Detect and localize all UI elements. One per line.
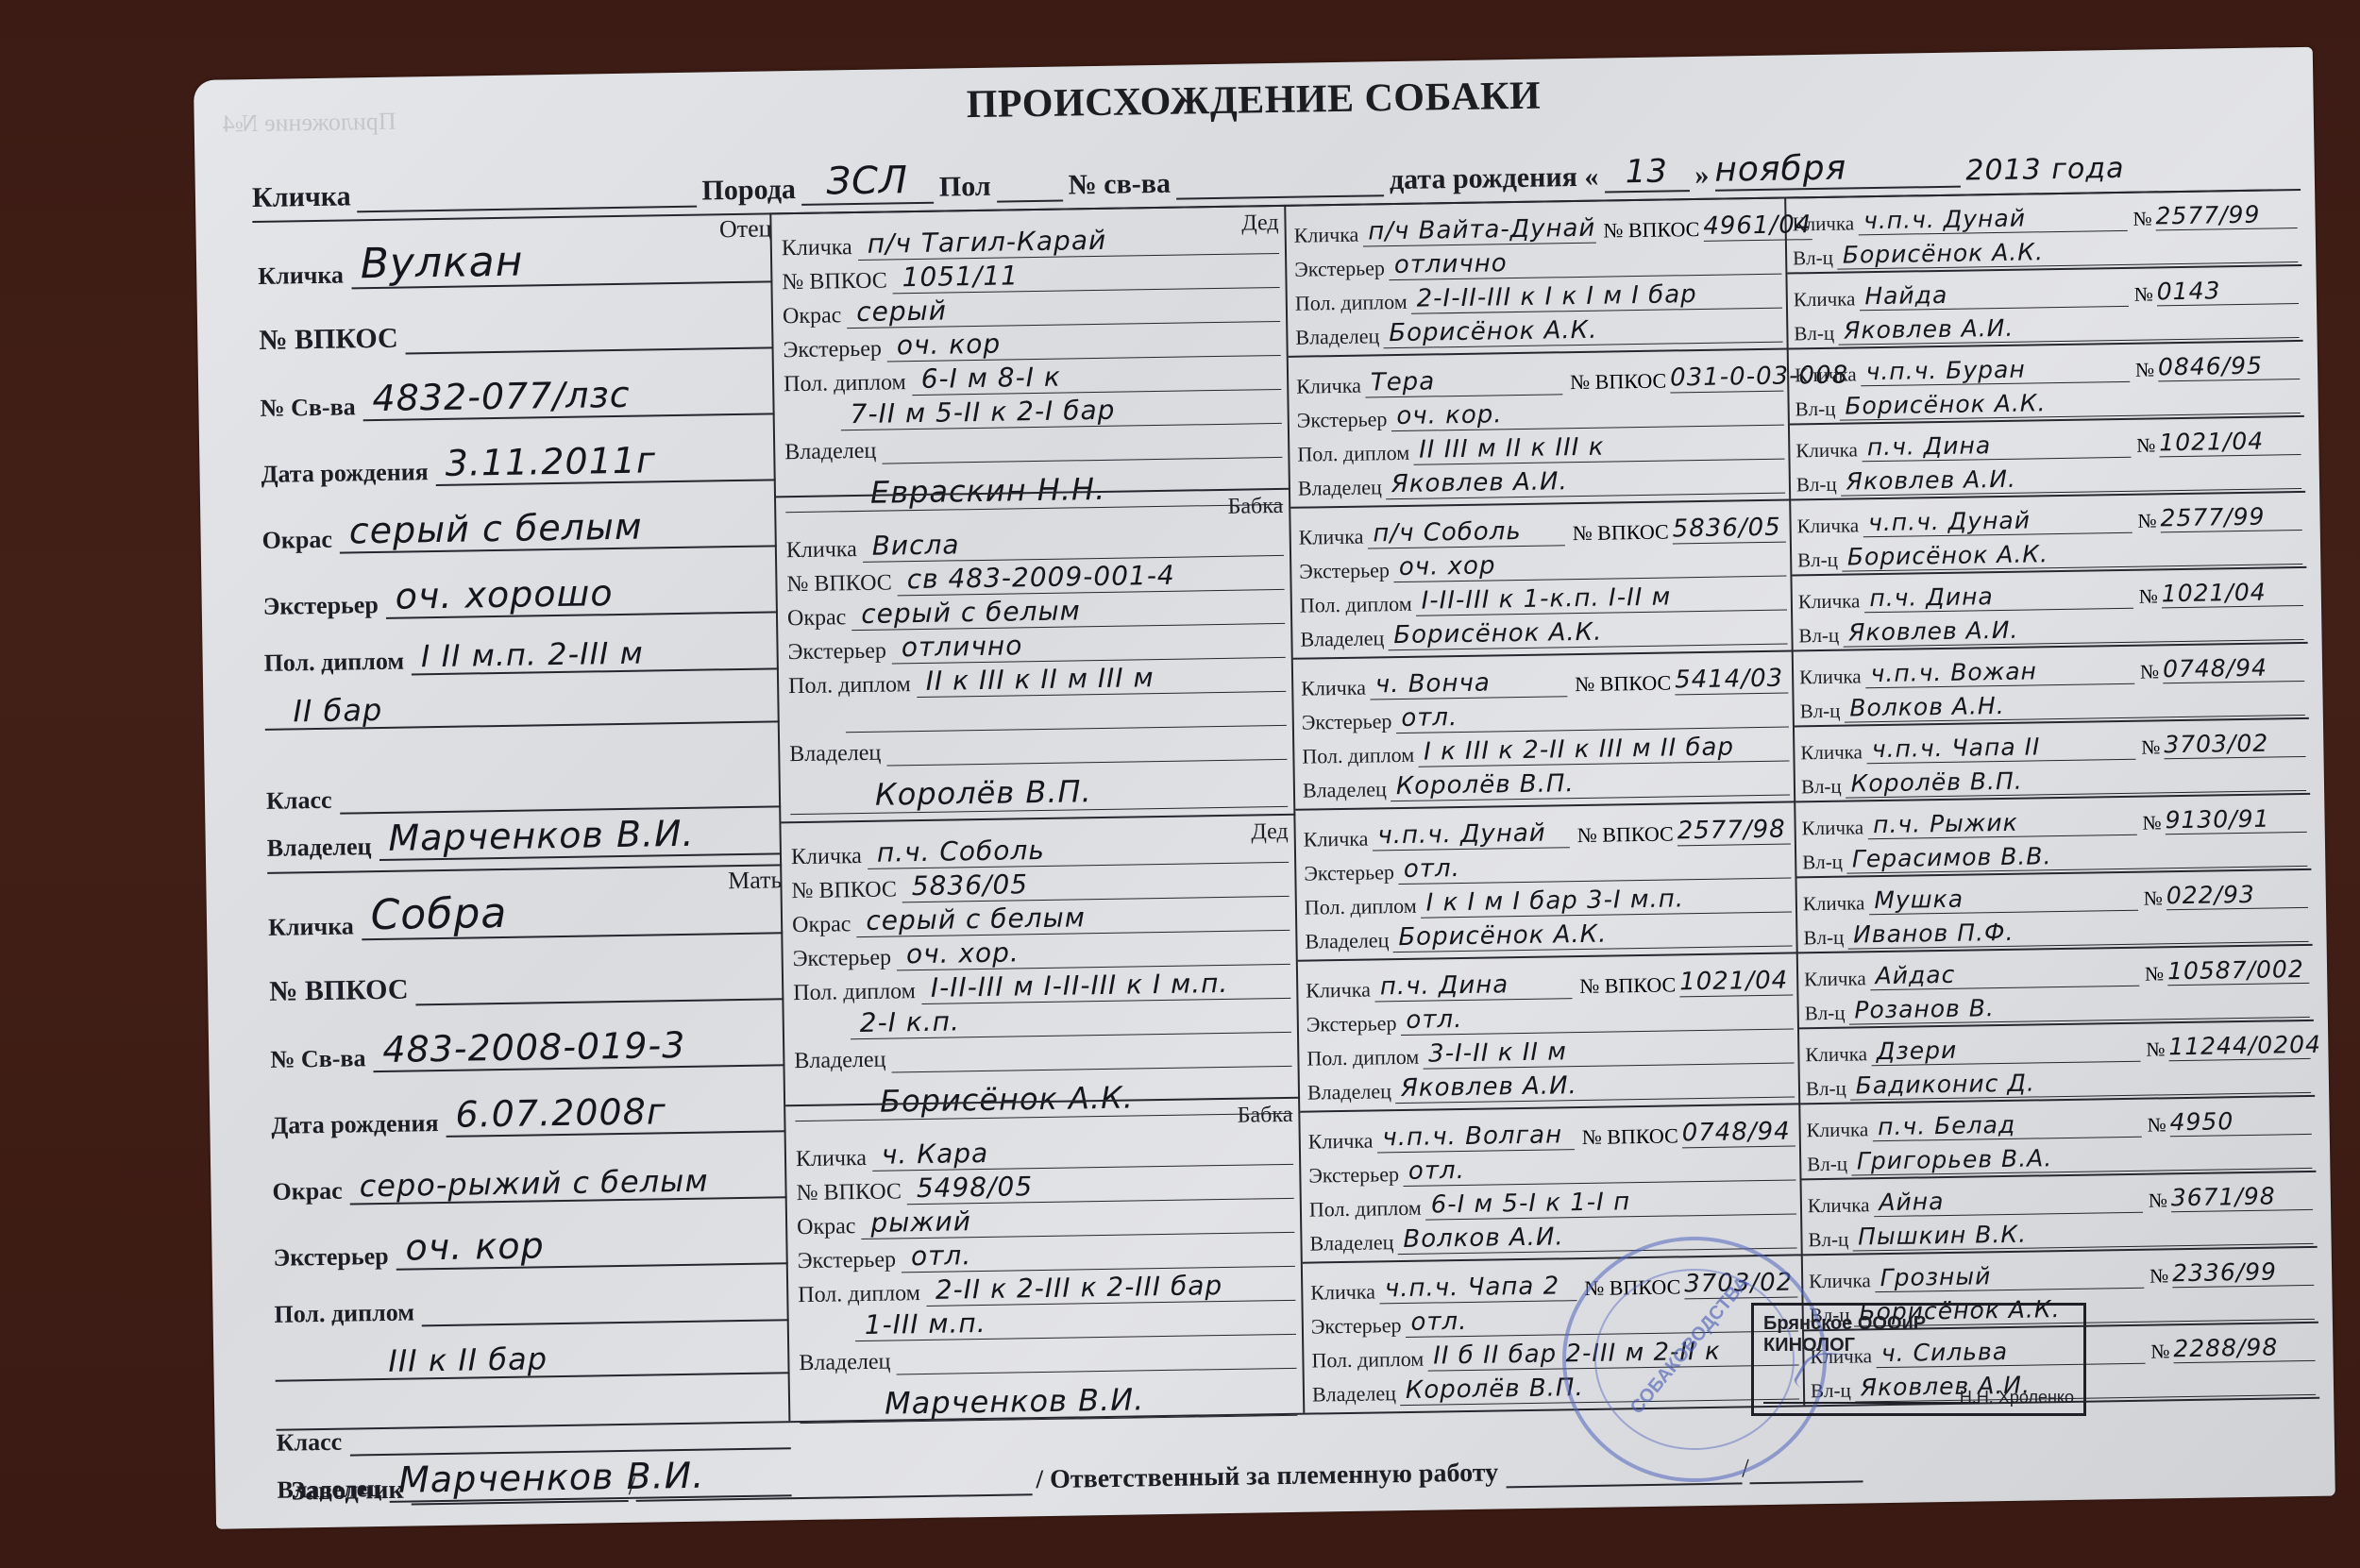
- great-grandparent-exterior: отл.: [1398, 850, 1792, 885]
- mother-name-row: КличкаСобра: [267, 866, 783, 942]
- grandparent-name: Висла: [862, 524, 1284, 563]
- great-grandparent-owner: Яковлев А.И.: [1386, 464, 1786, 500]
- great-great-grandparent-block: Кличкач.п.ч. Вожан№0748/94Вл-цВолков А.Н…: [1794, 642, 2309, 726]
- great-great-grandparent-name: ч.п.ч. Вожан: [1864, 656, 2134, 688]
- breed-field: ЗСЛ: [801, 159, 934, 206]
- mother-vpkos-row: № ВПКОС: [268, 934, 784, 1008]
- great-grandparent-diploma: 6-I м 5-I к 1-I п: [1424, 1185, 1796, 1220]
- grandparent-exterior: отл.: [902, 1235, 1295, 1273]
- great-grandparent-exterior: отлично: [1389, 245, 1782, 281]
- great-great-grandparent-owner: Борисёнок А.К.: [1837, 234, 2299, 270]
- great-great-grandparent-owner: Борисёнок А.К.: [1842, 536, 2303, 572]
- grandparent-name-row: Кличкап.ч. Соболь: [791, 825, 1290, 870]
- great-great-grandparent-block: КличкаНайда№0143Вл-цЯковлев А.И.: [1787, 264, 2302, 348]
- great-great-grandparent-number: 11244/0204: [2168, 1031, 2310, 1061]
- great-great-grandparent-owner: Яковлев А.И.: [1838, 310, 2300, 346]
- grandparent-vpkos: 1051/11: [892, 256, 1279, 294]
- great-great-grandparent-block: Кличкач.п.ч. Дунай№2577/99Вл-цБорисёнок …: [1786, 189, 2301, 273]
- father-vpkos-row: № ВПКОС: [259, 282, 774, 357]
- great-grandparent-block: Кличкач. Вонча№ ВПКОС5414/03Экстерьеротл…: [1293, 649, 1795, 808]
- great-great-grandparent-name: Грозный: [1874, 1260, 2144, 1292]
- great-great-grandparent-name: ч.п.ч. Дунай: [1858, 203, 2128, 235]
- grandparent-role: Бабка: [1227, 494, 1283, 520]
- mother-cert: 483-2008-019-3: [373, 1024, 784, 1072]
- grandparent-diploma: I-II-III м I-II-III к I м.п.: [921, 967, 1291, 1004]
- grandparent-name-row: Кличкач. Кара: [795, 1108, 1293, 1172]
- breeder-field-1: [411, 1466, 629, 1506]
- great-grandparent-block: Кличкап.ч. Дина№ ВПКОС1021/04Экстерьерот…: [1298, 952, 1800, 1110]
- great-grandparent-name: п/ч Соболь: [1367, 516, 1565, 548]
- father-class-row: Класс: [265, 722, 781, 816]
- grandparent-diploma: 6-I м 8-I к: [911, 358, 1281, 396]
- great-great-grandparent-owner: Волков А.Н.: [1844, 687, 2305, 723]
- birth-month-field: ноября: [1714, 147, 1961, 192]
- sex-field: [996, 166, 1063, 203]
- mother-exterior-row: Экстерьероч. кор: [273, 1198, 788, 1273]
- kinolog-stamp-box: Брянское ОООиР КИНОЛОГ Н.Н. Хроленко: [1751, 1303, 2086, 1416]
- great-grandparents-column: Кличкап/ч Вайта-Дунай№ ВПКОС4961/04Эксте…: [1286, 197, 1805, 1413]
- father-cert-row: № Св-ва4832-077/лзс: [260, 348, 775, 423]
- great-great-grandparent-block: Кличкап.ч. Дина№1021/04Вл-цЯковлев А.И.: [1790, 415, 2305, 499]
- great-grandparent-vpkos: 031-0-03-008: [1670, 362, 1783, 394]
- name-field: [356, 172, 697, 213]
- cert-field: [1176, 160, 1385, 199]
- grandparent-owner: Королёв В.П.: [790, 770, 1289, 815]
- great-great-grandparent-name: ч.п.ч. Дунай: [1863, 505, 2132, 537]
- grandparent-name: п.ч. Соболь: [868, 831, 1290, 869]
- father-color: серый с белым: [339, 506, 776, 554]
- great-great-grandparent-block: КличкаДзери№11244/0204Вл-цБадиконис Д.: [1799, 1020, 2315, 1104]
- birth-label: дата рождения «: [1390, 161, 1599, 196]
- great-great-grandparent-number: 1021/04: [2162, 578, 2303, 608]
- great-great-grandparent-number: 022/93: [2166, 880, 2308, 910]
- grandparent-name-row: КличкаВисла: [785, 499, 1284, 564]
- grandparent-role: Дед: [1251, 819, 1289, 846]
- grandparent-block: ДедКличкап/ч Тагил-Карай№ ВПКОС1051/11Ок…: [771, 205, 1290, 497]
- breeder-label: Заводчик: [291, 1475, 404, 1508]
- great-grandparent-name: п/ч Вайта-Дунай: [1362, 214, 1596, 247]
- mother-name: Собра: [361, 886, 783, 940]
- mother-diploma-row: Пол. диплом: [274, 1264, 789, 1329]
- breed-label: Порода: [701, 174, 796, 208]
- great-great-grandparent-owner: Яковлев А.И.: [1840, 461, 2301, 497]
- grandparent-color: рыжий: [861, 1201, 1294, 1239]
- great-grandparent-block: Кличкач.п.ч. Волган№ ВПКОС0748/94Экстерь…: [1300, 1103, 1802, 1261]
- great-great-grandparent-owner: Иванов П.Ф.: [1847, 914, 2309, 950]
- grandparent-color: серый с белым: [851, 592, 1285, 631]
- great-grandparent-name: ч.п.ч. Дунай: [1372, 818, 1570, 851]
- great-great-grandparent-block: Кличкап.ч. Белад№4950Вл-цГригорьев В.А.: [1800, 1095, 2316, 1179]
- great-great-grandparent-owner: Бадиконис Д.: [1849, 1065, 2311, 1101]
- great-great-grandparent-number: 2577/99: [2160, 502, 2301, 532]
- stamp-text: СОБАКОВОДСТВА: [1627, 1273, 1754, 1419]
- great-great-grandparent-block: КличкаМушка№022/93Вл-цИванов П.Ф.: [1796, 868, 2312, 953]
- great-grandparent-diploma: I к I м I бар 3-I м.п.: [1420, 884, 1792, 919]
- great-great-grandparent-number: 0846/95: [2158, 351, 2300, 381]
- grandparent-color: серый: [847, 290, 1280, 329]
- great-grandparent-vpkos: 1021/04: [1679, 967, 1793, 998]
- great-great-grandparent-owner: Пышкин В.К.: [1852, 1216, 2314, 1252]
- great-grandparent-diploma: I-II-III к 1-к.п. I-II м: [1415, 582, 1787, 616]
- father-dob: 3.11.2011г: [435, 440, 775, 486]
- great-grandparent-exterior: отл.: [1395, 699, 1789, 734]
- great-great-grandparent-block: Кличкап.ч. Рыжик№9130/91Вл-цГерасимов В.…: [1795, 793, 2311, 877]
- mother-diploma-cont-row: III к II бар: [275, 1321, 790, 1382]
- father-name: Вулкан: [350, 235, 772, 289]
- great-great-grandparent-number: 3671/98: [2171, 1182, 2313, 1212]
- great-great-grandparent-number: 1021/04: [2159, 427, 2301, 457]
- great-grandparent-name: п.ч. Дина: [1374, 969, 1573, 1002]
- grandparent-exterior: оч. хор.: [897, 933, 1290, 971]
- great-great-grandparent-name: ч.п.ч. Чапа II: [1866, 732, 2136, 764]
- breeder-field-2: [635, 1459, 1033, 1502]
- great-great-grandparent-block: Кличкач.п.ч. Чапа II№3703/02Вл-цКоролёв …: [1795, 717, 2310, 801]
- great-great-grandparent-block: Кличкач.п.ч. Буран№0846/95Вл-цБорисёнок …: [1789, 340, 2304, 424]
- great-great-grandparent-name: п.ч. Дина: [1862, 430, 2132, 462]
- kinolog-org: Брянское ОООиР: [1763, 1313, 2074, 1335]
- great-grandparent-owner: Борисёнок А.К.: [1392, 918, 1793, 953]
- great-grandparent-vpkos: 0748/94: [1681, 1117, 1795, 1148]
- great-grandparent-exterior: оч. кор.: [1391, 396, 1784, 432]
- kinolog-role: КИНОЛОГ: [1763, 1335, 2074, 1357]
- great-grandparent-owner: Королёв В.П.: [1391, 767, 1791, 802]
- great-great-grandparent-block: КличкаАйна№3671/98Вл-цПышкин В.К.: [1801, 1171, 2317, 1255]
- birth-quote: »: [1694, 160, 1710, 192]
- great-great-grandparents-column: Кличкач.п.ч. Дунай№2577/99Вл-цБорисёнок …: [1786, 189, 2319, 1405]
- great-grandparent-name: ч.п.ч. Чапа 2: [1379, 1272, 1577, 1304]
- great-grandparent-block: Кличкач.п.ч. Дунай№ ВПКОС2577/98Экстерье…: [1295, 801, 1797, 959]
- kinolog-name: Н.Н. Хроленко: [1960, 1388, 2074, 1408]
- great-great-grandparent-number: 0748/94: [2163, 653, 2304, 683]
- father-exterior: оч. хорошо: [385, 572, 778, 619]
- great-great-grandparent-number: 9130/91: [2165, 804, 2306, 835]
- grandparents-column: ДедКличкап/ч Тагил-Карай№ ВПКОС1051/11Ок…: [771, 205, 1305, 1430]
- grandparent-block: ДедКличкап.ч. Соболь№ ВПКОС5836/05Окрасс…: [781, 814, 1300, 1105]
- mother-cert-row: № Св-ва483-2008-019-3: [269, 1000, 784, 1074]
- grandparent-vpkos: 5498/05: [907, 1167, 1294, 1205]
- great-grandparent-vpkos: 2577/98: [1677, 816, 1790, 847]
- father-name-row: КличкаВулкан: [257, 214, 772, 291]
- grandparent-vpkos: св 483-2009-001-4: [897, 558, 1284, 596]
- mother-dob: 6.07.2008г: [446, 1090, 785, 1137]
- grandparent-color: серый с белым: [856, 899, 1290, 937]
- great-great-grandparent-block: КличкаАйдас№10587/002Вл-цРозанов В.: [1798, 944, 2314, 1028]
- father-cert: 4832-077/лзс: [362, 374, 774, 422]
- great-grandparent-exterior: отл.: [1400, 1001, 1794, 1037]
- great-grandparent-diploma: 2-I-II-III к I к I м I бар: [1410, 279, 1782, 314]
- grandparent-role: Дед: [1241, 211, 1279, 237]
- father-owner-row: ВладелецМарченков В.И.: [266, 807, 782, 863]
- great-great-grandparent-number: 0143: [2157, 276, 2299, 306]
- father-diploma: I II м.п. 2-III м: [412, 634, 779, 675]
- great-great-grandparent-number: 2288/98: [2173, 1333, 2315, 1363]
- great-grandparent-block: Кличкап/ч Вайта-Дунай№ ВПКОС4961/04Эксте…: [1286, 197, 1788, 356]
- name-label: Кличка: [252, 180, 351, 214]
- great-great-grandparent-name: Найда: [1859, 278, 2129, 311]
- great-great-grandparent-name: Айдас: [1869, 958, 2139, 990]
- grandparent-owner-row: Королёв В.П.: [790, 760, 1289, 815]
- great-great-grandparent-number: 2577/99: [2155, 200, 2297, 230]
- great-great-grandparent-name: п.ч. Дина: [1863, 581, 2133, 613]
- responsible-label: / Ответственный за племенную работу: [1036, 1458, 1498, 1495]
- grandparent-name: п/ч Тагил-Карай: [857, 222, 1279, 261]
- great-great-grandparent-number: 3703/02: [2164, 729, 2305, 759]
- great-grandparent-name: ч. Вонча: [1370, 667, 1568, 700]
- great-grandparent-diploma: 3-I-II к II м: [1423, 1034, 1795, 1069]
- great-great-grandparent-owner: Борисёнок А.К.: [1839, 385, 2301, 421]
- great-great-grandparent-number: 4950: [2169, 1106, 2311, 1137]
- birth-year-field: 2013 года: [1965, 152, 2125, 188]
- great-great-grandparent-name: п.ч. Белад: [1872, 1109, 2142, 1141]
- great-grandparent-exterior: отл.: [1403, 1151, 1796, 1187]
- father-diploma-cont-row: II бар: [264, 669, 780, 731]
- mother-dob-row: Дата рождения6.07.2008г: [271, 1066, 786, 1140]
- great-great-grandparent-block: Кличкап.ч. Дина№1021/04Вл-цЯковлев А.И.: [1792, 566, 2307, 650]
- grandparent-diploma: 2-II к 2-III к 2-III бар: [926, 1269, 1296, 1307]
- father-diploma-row: Пол. дипломI II м.п. 2-III м: [263, 613, 779, 678]
- grandparent-block: БабкаКличкаВисла№ ВПКОСсв 483-2009-001-4…: [776, 488, 1295, 822]
- great-great-grandparent-owner: Герасимов В.В.: [1846, 838, 2308, 874]
- mother-section: Мать КличкаСобра № ВПКОС № Св-ва483-2008…: [267, 866, 791, 1504]
- great-grandparent-exterior: оч. хор: [1393, 548, 1787, 583]
- great-great-grandparent-owner: Григорьев В.А.: [1851, 1140, 2313, 1176]
- great-great-grandparent-name: Дзери: [1871, 1034, 2141, 1066]
- great-grandparent-block: Кличкап/ч Соболь№ ВПКОС5836/05Экстерьеро…: [1290, 498, 1793, 657]
- father-owner: Марченков В.И.: [379, 814, 782, 861]
- great-great-grandparent-name: Айна: [1873, 1185, 2143, 1217]
- grandparent-exterior: отлично: [892, 626, 1286, 665]
- cert-label: № св-ва: [1068, 168, 1171, 202]
- great-grandparent-diploma: I к III к 2-II к III м II бар: [1418, 733, 1790, 767]
- grandparent-role: Бабка: [1238, 1103, 1293, 1129]
- father-color-row: Окрассерый с белым: [261, 481, 777, 555]
- great-great-grandparent-name: Мушка: [1868, 883, 2138, 915]
- document-title: ПРОИСХОЖДЕНИЕ СОБАКИ: [194, 61, 2313, 140]
- grandparent-name-row: Кличкап/ч Тагил-Карай: [781, 216, 1279, 261]
- great-grandparent-owner: Борисёнок А.К.: [1383, 313, 1783, 349]
- great-grandparent-name: ч.п.ч. Волган: [1376, 1121, 1575, 1153]
- great-grandparent-owner: Яковлев А.И.: [1395, 1068, 1795, 1104]
- grandparent-name: ч. Кара: [872, 1133, 1294, 1172]
- great-grandparent-name: Тера: [1365, 365, 1563, 397]
- father-dob-row: Дата рождения3.11.2011г: [261, 414, 776, 489]
- father-section: Отец КличкаВулкан № ВПКОС № Св-ва4832-07…: [257, 214, 782, 862]
- great-great-grandparent-name: ч.п.ч. Буран: [1860, 354, 2130, 386]
- great-grandparent-diploma: II III м II к III к: [1413, 430, 1785, 465]
- great-grandparent-owner: Борисёнок А.К.: [1388, 615, 1788, 651]
- sex-label: Пол: [939, 171, 991, 204]
- grandparent-diploma: II к III к II м III м: [916, 660, 1286, 698]
- great-grandparent-block: КличкаТера№ ВПКОС031-0-03-008Экстерьероч…: [1289, 347, 1791, 506]
- great-great-grandparent-owner: Королёв В.П.: [1845, 763, 2306, 799]
- great-great-grandparent-name: п.ч. Рыжик: [1867, 807, 2137, 839]
- great-grandparent-vpkos: 5836/05: [1672, 514, 1785, 545]
- mother-color-row: Окрассеро-рыжий с белым: [272, 1132, 787, 1206]
- great-great-grandparent-number: 10587/002: [2167, 955, 2309, 986]
- great-great-grandparent-owner: Розанов В.: [1848, 989, 2310, 1025]
- mother-exterior: оч. кор: [396, 1222, 788, 1270]
- grandparent-vpkos: 5836/05: [902, 865, 1290, 902]
- grandparent-exterior: оч. кор: [887, 324, 1281, 362]
- grandparent-block: БабкаКличкач. Кара№ ВПКОС5498/05Окрасрыж…: [785, 1097, 1305, 1431]
- mother-class-row: Класс: [276, 1374, 791, 1458]
- great-great-grandparent-block: Кличкач.п.ч. Дунай№2577/99Вл-цБорисёнок …: [1791, 491, 2306, 575]
- birth-day-field: 13: [1604, 152, 1690, 193]
- father-exterior-row: Экстерьероч. хорошо: [262, 547, 778, 621]
- great-great-grandparent-number: 2336/99: [2172, 1257, 2314, 1288]
- great-great-grandparent-owner: Яковлев А.И.: [1843, 612, 2304, 648]
- great-grandparent-vpkos: 5414/03: [1675, 665, 1788, 696]
